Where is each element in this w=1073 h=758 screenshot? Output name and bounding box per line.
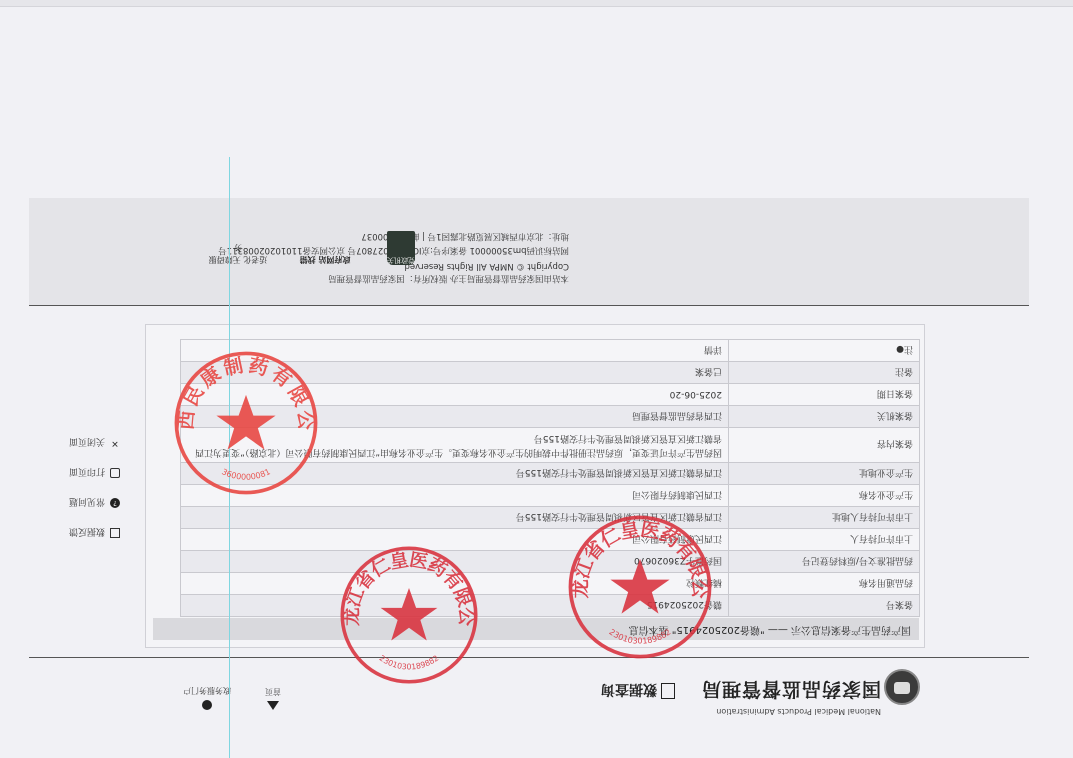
svg-text:2301030189882: 2301030189882 <box>607 627 672 646</box>
home-icon <box>267 701 279 710</box>
party-gov-badge[interactable]: 党政机关 <box>387 231 415 265</box>
row-label: 备注 <box>729 362 920 384</box>
footer-owner: 本站由国家药品监督管理局主办 版权所有：国家药品监督管理局 <box>328 273 569 285</box>
row-label: 药品通用名称 <box>729 573 920 595</box>
footer-copyright: Copyright © NMPA All Rights Reserved <box>404 261 569 271</box>
row-label: 生产企业地址 <box>729 463 920 485</box>
nav-gov-portal[interactable]: 政务服务门户 <box>177 685 237 710</box>
table-row: 备案号赣备2025024915 <box>181 595 920 617</box>
agency-name: 国家药品监督管理局 <box>701 677 881 704</box>
row-label: 注● <box>729 340 920 362</box>
row-label: 备案号 <box>729 595 920 617</box>
scanned-page: National Medical Products Administration… <box>0 0 1073 758</box>
print-button[interactable]: 打印页面 <box>60 458 120 488</box>
gov-portal-icon <box>202 700 212 710</box>
company-seal-renhuang-2: 黑龙江省仁皇医药有限公司2301030189882 <box>566 513 714 661</box>
company-seal-minkang: 江西民康制药有限公司3600000081 <box>172 349 320 497</box>
data-query-link[interactable]: 数据查询 <box>601 680 675 700</box>
table-row: 上市许可持有人江西民康制药有限公司 <box>181 529 920 551</box>
footer-divider <box>29 305 1029 306</box>
row-label: 备案机关 <box>729 406 920 428</box>
table-row: 药品通用名称橘红颗粒 <box>181 573 920 595</box>
search-doc-icon <box>661 683 675 699</box>
company-seal-renhuang: 黑龙江省仁皇医药有限公司2301030189882 <box>338 544 480 686</box>
feedback-icon <box>110 528 120 538</box>
row-label: 备案日期 <box>729 384 920 406</box>
gov-site-error-badge[interactable]: 政府网站 找错 <box>293 231 357 265</box>
nmpa-emblem-icon <box>884 669 920 705</box>
row-label: 上市许可持有人地址 <box>729 507 920 529</box>
site-footer: 本站由国家药品监督管理局主办 版权所有：国家药品监督管理局 Copyright … <box>29 198 1029 305</box>
row-label: 生产企业名称 <box>729 485 920 507</box>
row-label: 备案内容 <box>729 428 920 463</box>
header-divider <box>29 657 1029 658</box>
nav-home[interactable]: 首页 <box>243 686 303 710</box>
close-page-button[interactable]: ✕关闭页面 <box>60 428 120 458</box>
close-icon: ✕ <box>110 438 120 448</box>
table-row: 上市许可持有人地址江西省赣江新区直管区新祺周管理处牛行安路155号 <box>181 507 920 529</box>
site-header: National Medical Products Administration… <box>0 660 1073 718</box>
agency-name-en: National Medical Products Administration <box>716 707 881 716</box>
accessibility-badge[interactable]: 适老化 无障碍服务 <box>207 231 269 265</box>
svg-text:3600000081: 3600000081 <box>220 466 272 482</box>
faq-button[interactable]: ?常见问题 <box>60 488 120 518</box>
side-toolbar: 数据反馈 ?常见问题 打印页面 ✕关闭页面 <box>60 428 120 548</box>
feedback-button[interactable]: 数据反馈 <box>60 518 120 548</box>
rotated-printout: National Medical Products Administration… <box>0 0 1073 758</box>
table-row: 药品批准文号/原料药登记号国药准字Z36020670 <box>181 551 920 573</box>
row-label: 上市许可持有人 <box>729 529 920 551</box>
svg-text:2301030189882: 2301030189882 <box>378 654 441 672</box>
row-label: 药品批准文号/原料药登记号 <box>729 551 920 573</box>
record-section-title: 国产药品生产备案信息公示 —— "赣备2025024915" 基本信息 <box>153 618 919 640</box>
print-icon <box>110 468 120 478</box>
faq-icon: ? <box>110 498 120 508</box>
